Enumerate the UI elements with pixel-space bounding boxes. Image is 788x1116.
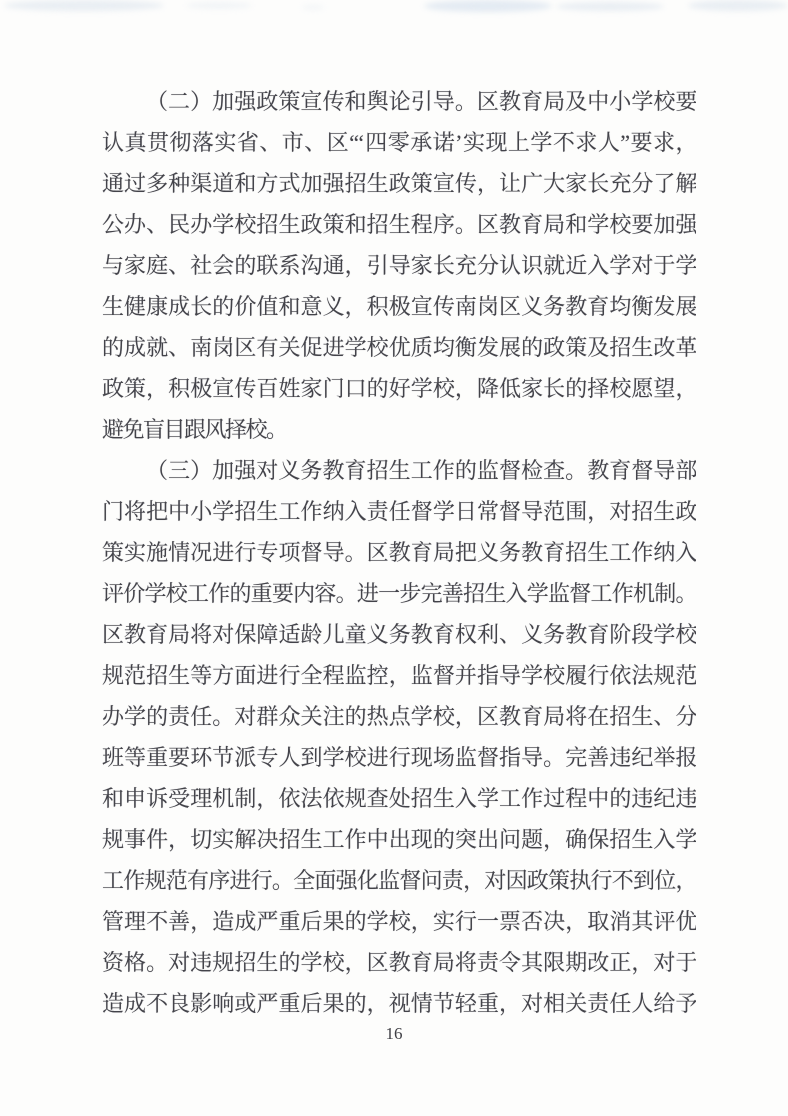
page-number: 16: [0, 1024, 788, 1044]
scan-artifact: [556, 2, 664, 11]
text-line: 门将把中小学招生工作纳入责任督学日常督导范围，对招生政: [102, 491, 696, 532]
text-line: 的成就、南岗区有关促进学校优质均衡发展的政策及招生改革: [102, 327, 696, 368]
scan-artifact: [688, 0, 788, 11]
text-line: 班等重要环节派专人到学校进行现场监督指导。完善违纪举报: [102, 737, 696, 778]
text-line: （二）加强政策宣传和舆论引导。区教育局及中小学校要: [102, 81, 696, 122]
text-line: 策实施情况进行专项督导。区教育局把义务教育招生工作纳入: [102, 532, 696, 573]
text-line: 公办、民办学校招生政策和招生程序。区教育局和学校要加强: [102, 204, 696, 245]
text-line: 避免盲目跟风择校。: [102, 409, 696, 450]
text-line: 政策，积极宣传百姓家门口的好学校，降低家长的择校愿望，: [102, 368, 696, 409]
paragraph: （二）加强政策宣传和舆论引导。区教育局及中小学校要认真贯彻落实省、市、区“‘四零…: [102, 81, 696, 450]
text-line: 工作规范有序进行。全面强化监督问责，对因政策执行不到位，: [102, 860, 696, 901]
text-line: 通过多种渠道和方式加强招生政策宣传，让广大家长充分了解: [102, 163, 696, 204]
scan-artifact: [4, 0, 164, 11]
text-line: 区教育局将对保障适龄儿童义务教育权利、义务教育阶段学校: [102, 614, 696, 655]
body-text: （二）加强政策宣传和舆论引导。区教育局及中小学校要认真贯彻落实省、市、区“‘四零…: [102, 81, 696, 1024]
text-line: 评价学校工作的重要内容。进一步完善招生入学监督工作机制。: [102, 573, 696, 614]
text-line: 认真贯彻落实省、市、区“‘四零承诺’实现上学不求人”要求，: [102, 122, 696, 163]
text-line: （三）加强对义务教育招生工作的监督检查。教育督导部: [102, 450, 696, 491]
text-line: 和申诉受理机制，依法依规查处招生入学工作过程中的违纪违: [102, 778, 696, 819]
document-page: （二）加强政策宣传和舆论引导。区教育局及中小学校要认真贯彻落实省、市、区“‘四零…: [0, 0, 788, 1116]
text-line: 生健康成长的价值和意义，积极宣传南岗区义务教育均衡发展: [102, 286, 696, 327]
paragraph: （三）加强对义务教育招生工作的监督检查。教育督导部门将把中小学招生工作纳入责任督…: [102, 450, 696, 1024]
text-line: 办学的责任。对群众关注的热点学校，区教育局将在招生、分: [102, 696, 696, 737]
scan-artifact: [186, 2, 252, 9]
text-line: 规事件，切实解决招生工作中出现的突出问题，确保招生入学: [102, 819, 696, 860]
text-line: 资格。对违规招生的学校，区教育局将责令其限期改正，对于: [102, 942, 696, 983]
scan-artifact: [302, 5, 324, 10]
text-line: 与家庭、社会的联系沟通，引导家长充分认识就近入学对于学: [102, 245, 696, 286]
text-line: 造成不良影响或严重后果的，视情节轻重，对相关责任人给予: [102, 983, 696, 1024]
scan-artifact: [424, 0, 552, 12]
text-line: 规范招生等方面进行全程监控，监督并指导学校履行依法规范: [102, 655, 696, 696]
text-line: 管理不善，造成严重后果的学校，实行一票否决，取消其评优: [102, 901, 696, 942]
